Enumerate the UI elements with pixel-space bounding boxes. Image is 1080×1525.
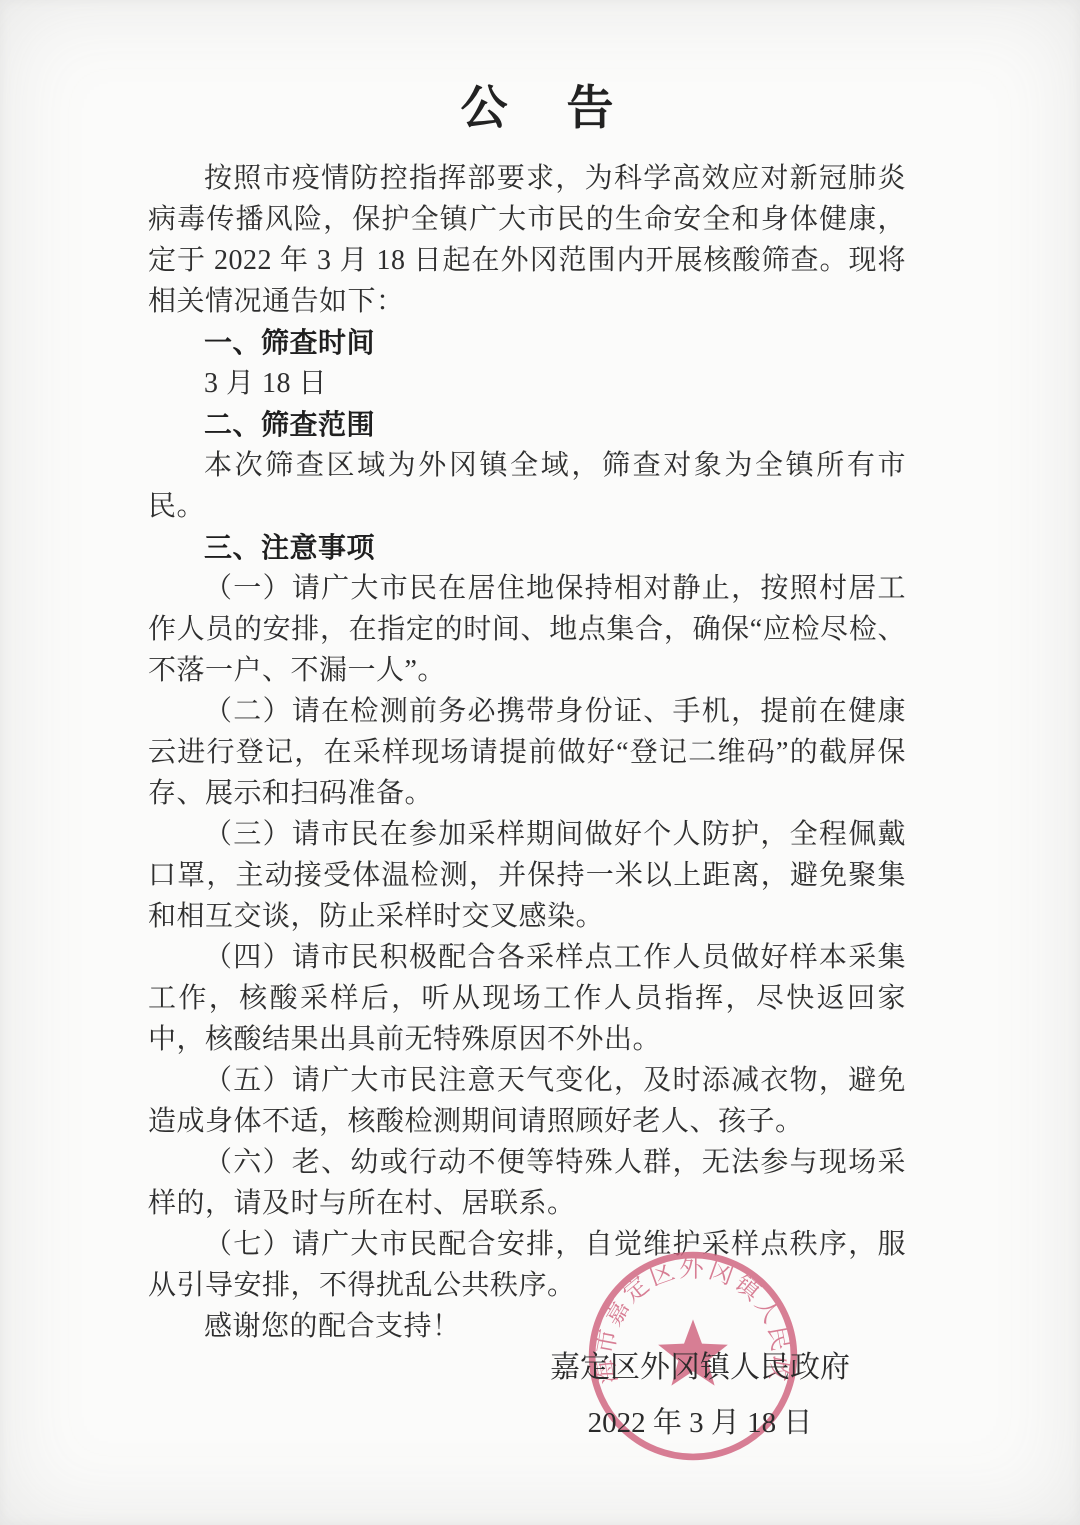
notice-item-4: （四）请市民积极配合各采样点工作人员做好样本采集工作，核酸采样后，听从现场工作人… <box>148 937 906 1060</box>
document-body: 按照市疫情防控指挥部要求，为科学高效应对新冠肺炎病毒传播风险，保护全镇广大市民的… <box>148 158 906 1347</box>
signature-block: 嘉定区外冈镇人民政府 2022 年 3 月 18 日 <box>540 1347 860 1443</box>
notice-item-1: （一）请广大市民在居住地保持相对静止，按照村居工作人员的安排，在指定的时间、地点… <box>148 568 906 691</box>
section-2-heading: 二、筛查范围 <box>148 404 906 445</box>
signature-date: 2022 年 3 月 18 日 <box>540 1403 860 1443</box>
section-2-text: 本次筛查区域为外冈镇全域，筛查对象为全镇所有市民。 <box>148 445 906 527</box>
notice-item-5: （五）请广大市民注意天气变化，及时添减衣物，避免造成身体不适，核酸检测期间请照顾… <box>148 1060 906 1142</box>
notice-item-3: （三）请市民在参加采样期间做好个人防护，全程佩戴口罩，主动接受体温检测，并保持一… <box>148 814 906 937</box>
section-1-heading: 一、筛查时间 <box>148 322 906 363</box>
notice-item-2: （二）请在检测前务必携带身份证、手机，提前在健康云进行登记，在采样现场请提前做好… <box>148 691 906 814</box>
announcement-document: 公 告 按照市疫情防控指挥部要求，为科学高效应对新冠肺炎病毒传播风险，保护全镇广… <box>0 0 1080 1525</box>
intro-paragraph: 按照市疫情防控指挥部要求，为科学高效应对新冠肺炎病毒传播风险，保护全镇广大市民的… <box>148 158 906 322</box>
page-title: 公 告 <box>0 0 1080 136</box>
section-3-heading: 三、注意事项 <box>148 527 906 568</box>
notice-item-6: （六）老、幼或行动不便等特殊人群，无法参与现场采样的，请及时与所在村、居联系。 <box>148 1142 906 1224</box>
signature-name: 嘉定区外冈镇人民政府 <box>540 1347 860 1389</box>
section-1-text: 3 月 18 日 <box>148 363 906 404</box>
